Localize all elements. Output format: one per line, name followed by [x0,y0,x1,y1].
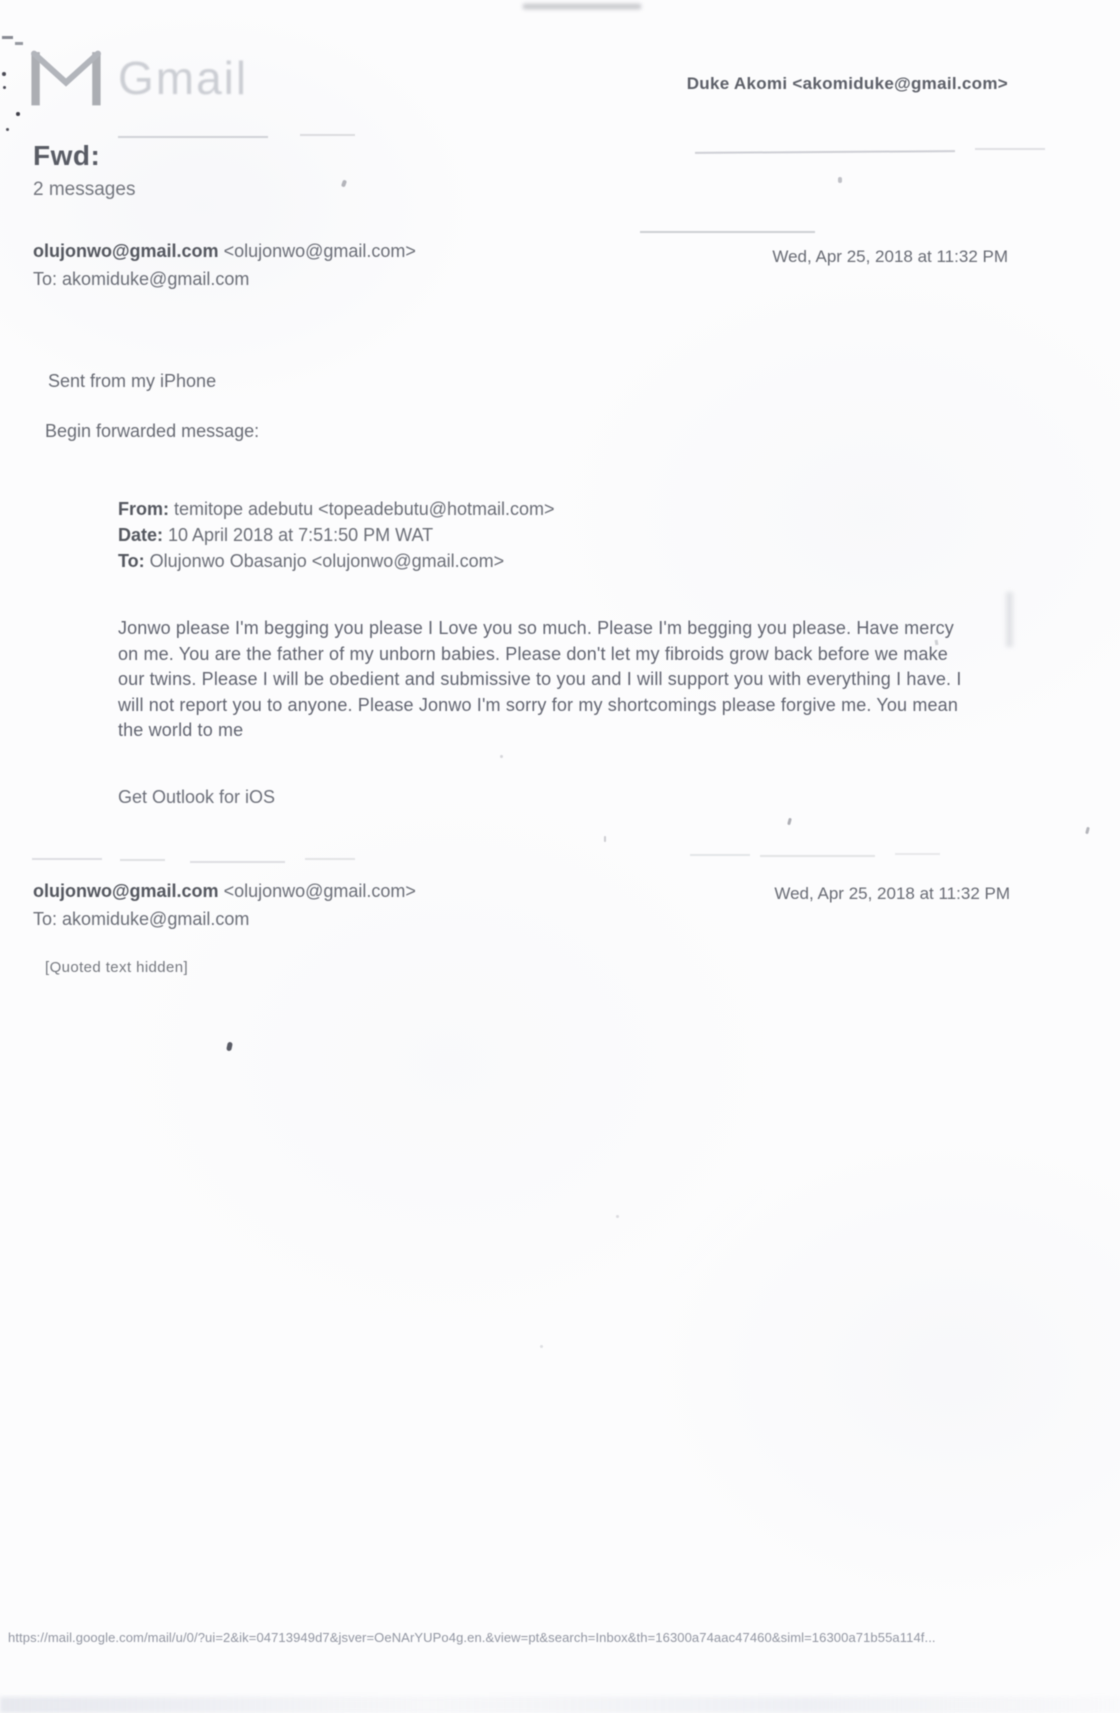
forwarded-from-value: temitope adebutu <topeadebutu@hotmail.co… [174,499,555,519]
gmail-m-icon [28,46,104,110]
scan-speck [500,755,503,758]
sender-address-plain: <olujonwo@gmail.com> [219,881,416,901]
scan-line [895,853,940,855]
scan-speck [2,36,13,39]
forward-notice: Begin forwarded message: [45,421,259,442]
forwarded-date-label: Date: [118,525,163,545]
scan-line [305,858,355,860]
scan-line [32,858,102,860]
sender-address-bold: olujonwo@gmail.com [33,241,219,261]
message-1-date: Wed, Apr 25, 2018 at 11:32 PM [772,247,1008,267]
scan-line [690,854,750,856]
message-count: 2 messages [33,179,135,201]
scan-speck [787,818,792,826]
scan-speck [604,836,606,842]
subject-title: Fwd: [33,140,100,172]
scan-speck [838,177,842,183]
sender-address-bold: olujonwo@gmail.com [33,881,219,901]
forwarded-date-line: Date:10 April 2018 at 7:51:50 PM WAT [118,522,555,548]
scan-speck [3,86,6,89]
scan-smudge [523,4,641,9]
quoted-text-hidden-note: [Quoted text hidden] [45,959,188,976]
iphone-signature: Sent from my iPhone [48,371,216,392]
scan-line [118,136,268,138]
scan-speck [2,72,6,76]
scan-smudge [1006,592,1013,647]
scan-speck [1085,827,1090,835]
scan-line [975,148,1045,150]
sender-line: olujonwo@gmail.com <olujonwo@gmail.com> [33,881,416,902]
gmail-logo-text: Gmail [118,51,248,105]
forwarded-from-line: From:temitope adebutu <topeadebutu@hotma… [118,496,555,522]
forwarded-date-value: 10 April 2018 at 7:51:50 PM WAT [168,525,433,545]
scan-speck [616,1215,619,1218]
scan-speck [6,128,9,131]
recipient-line: To: akomiduke@gmail.com [33,269,416,290]
account-owner: Duke Akomi <akomiduke@gmail.com> [687,74,1008,94]
message-1-header: olujonwo@gmail.com <olujonwo@gmail.com> … [33,241,416,290]
scan-line [760,855,875,857]
sender-address-plain: <olujonwo@gmail.com> [219,241,416,261]
scan-speck [15,42,23,45]
scan-line [190,861,285,863]
forwarded-to-label: To: [118,551,145,571]
scan-speck [341,180,347,188]
scanned-email-page: Gmail Duke Akomi <akomiduke@gmail.com> F… [0,0,1120,1713]
scan-speck [226,1042,233,1052]
scan-speck [540,1345,543,1348]
forwarded-to-value: Olujonwo Obasanjo <olujonwo@gmail.com> [150,551,504,571]
message-body: Jonwo please I'm begging you please I Lo… [118,616,970,744]
scan-line [640,231,815,233]
scan-line [120,859,165,861]
message-2-date: Wed, Apr 25, 2018 at 11:32 PM [774,884,1010,904]
forwarded-to-line: To:Olujonwo Obasanjo <olujonwo@gmail.com… [118,548,555,574]
gmail-logo: Gmail [28,46,248,110]
forwarded-header: From:temitope adebutu <topeadebutu@hotma… [118,496,555,574]
scan-bottom-edge [0,1697,1120,1713]
message-2-header: olujonwo@gmail.com <olujonwo@gmail.com> … [33,881,416,930]
sender-line: olujonwo@gmail.com <olujonwo@gmail.com> [33,241,416,262]
scan-line [695,150,955,154]
forwarded-from-label: From: [118,499,169,519]
recipient-line: To: akomiduke@gmail.com [33,909,416,930]
scan-line [300,134,355,136]
scan-speck [16,112,20,116]
print-footer-url[interactable]: https://mail.google.com/mail/u/0/?ui=2&i… [8,1630,1078,1645]
get-outlook-link[interactable]: Get Outlook for iOS [118,787,275,808]
